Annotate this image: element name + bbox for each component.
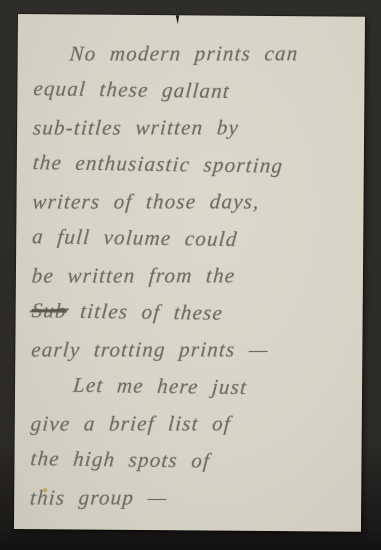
- line-text: early trotting prints —: [30, 337, 269, 361]
- handwritten-line: sub-titles written by: [32, 109, 356, 146]
- handwritten-line: give a brief list of: [29, 405, 353, 442]
- handwritten-line: writers of those days,: [31, 183, 355, 220]
- handwritten-line: No modern prints can: [32, 35, 356, 72]
- line-text: a full volume could: [31, 224, 238, 251]
- line-text: be written from the: [31, 263, 236, 287]
- handwritten-line: early trotting prints —: [30, 331, 354, 368]
- line-text: the enthusiastic sporting: [32, 150, 284, 177]
- line-text: equal these gallant: [33, 76, 232, 103]
- handwritten-line: the enthusiastic sporting: [31, 144, 355, 185]
- crossed-out-word: Sub: [31, 298, 68, 322]
- handwritten-line: Let me here just: [30, 366, 354, 407]
- line-text: sub-titles written by: [32, 115, 240, 139]
- handwritten-line: equal these gallant: [32, 70, 356, 111]
- handwritten-line: this group —: [29, 479, 353, 516]
- line-text: the high spots of: [30, 446, 212, 472]
- line-text: titles of these: [66, 299, 224, 325]
- photo-background: No modern prints can equal these gallant…: [0, 0, 381, 550]
- handwritten-note-paper: No modern prints can equal these gallant…: [14, 14, 365, 532]
- line-text: give a brief list of: [30, 411, 232, 435]
- line-text: this group —: [29, 485, 168, 509]
- handwritten-line: be written from the: [31, 257, 355, 294]
- handwriting-block: No modern prints can equal these gallant…: [14, 14, 365, 532]
- handwritten-line: a full volume could: [31, 218, 355, 259]
- handwritten-line: the high spots of: [29, 440, 353, 481]
- line-text: writers of those days,: [32, 189, 261, 213]
- line-text: No modern prints can: [69, 41, 300, 65]
- line-text: Let me here just: [72, 373, 248, 399]
- handwritten-line: Sub titles of these: [30, 292, 354, 333]
